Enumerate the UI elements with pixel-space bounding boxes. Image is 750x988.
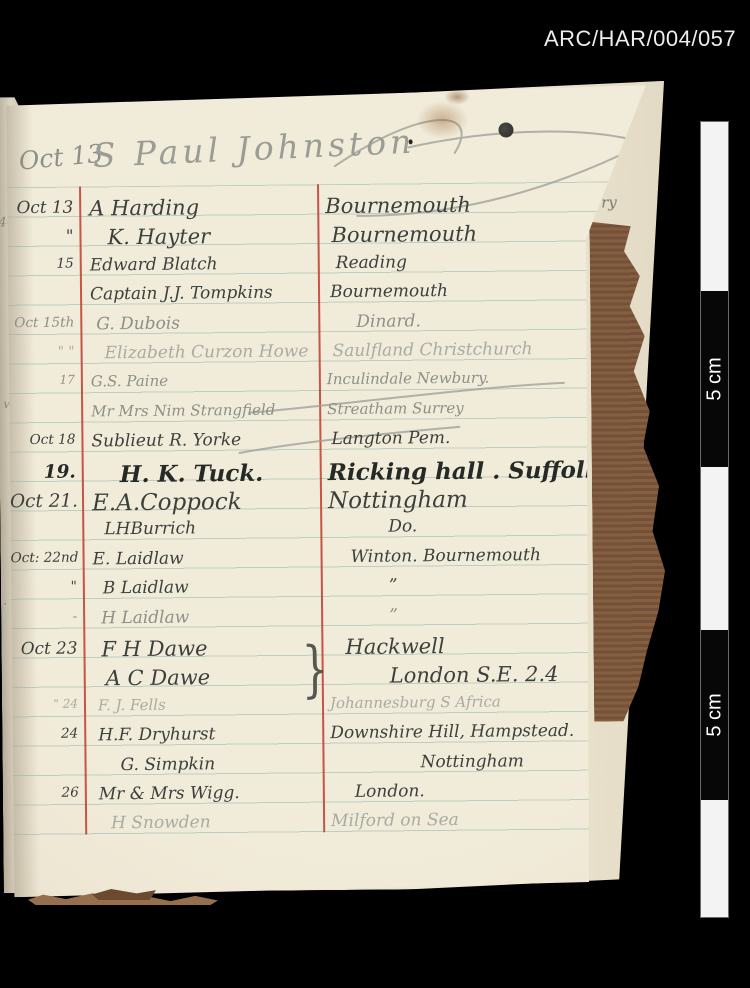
entry-place: London S.E. 2.4 xyxy=(390,662,559,688)
entry-date xyxy=(8,285,74,286)
entry-date: " " xyxy=(9,344,75,361)
entry-date: - xyxy=(11,608,77,625)
entry-date: 19. xyxy=(10,461,76,483)
entry-date xyxy=(12,667,78,668)
scale-segment-black: 5 cm xyxy=(701,291,728,467)
entry-place: Inculindale Newbury. xyxy=(327,369,490,389)
visitor-book-page: Oct 13 S Paul Johnston Oct 13A HardingBo… xyxy=(4,85,657,897)
entry-place: Do. xyxy=(388,517,417,537)
entry-date: Oct: 22nd xyxy=(11,549,77,566)
entry-name: H Laidlaw xyxy=(101,607,189,628)
entry-date: " 24 xyxy=(12,696,78,711)
entry-date: 17 xyxy=(9,373,75,388)
entry-place: Bournemouth xyxy=(330,281,448,302)
scale-bar: 5 cm5 cm xyxy=(701,122,728,917)
entry-place: Bournemouth xyxy=(325,193,471,218)
entry-place: Bournemouth xyxy=(331,222,477,247)
entry-place: Hackwell xyxy=(345,634,444,659)
entry-name: K. Hayter xyxy=(107,225,210,250)
entry-row: H SnowdenMilford on Sea xyxy=(11,808,656,844)
entry-name: H.F. Dryhurst xyxy=(98,724,215,745)
entry-name: A Harding xyxy=(89,195,199,220)
entry-name: B Laidlaw xyxy=(103,578,189,599)
entry-date: 15 xyxy=(8,255,74,272)
entry-date: 26 xyxy=(13,785,79,802)
entry-date: Oct 23 xyxy=(11,638,77,659)
entry-date: " xyxy=(7,226,73,247)
brace-mark: } xyxy=(301,633,328,704)
scale-segment-white xyxy=(701,467,728,630)
book-page-stack: 40.w.· ryrd3dthe)u Oct 13 S Paul Johnsto… xyxy=(0,81,694,912)
entry-place: Dinard. xyxy=(356,311,421,332)
entry-date: Oct 13 xyxy=(7,197,73,218)
entry-place: ” xyxy=(389,605,398,625)
entry-name: Mr Mrs Nim Strangfield xyxy=(91,400,275,420)
entry-name: E. Laidlaw xyxy=(92,548,183,569)
entry-place: Milford on Sea xyxy=(331,810,459,831)
entry-date: Oct 15th xyxy=(8,314,74,331)
entry-date: 24 xyxy=(12,726,78,743)
entry-name: Sublieut R. Yorke xyxy=(91,430,241,451)
entry-date: " xyxy=(11,579,77,596)
scale-segment-white xyxy=(701,122,728,291)
archive-reference: ARC/HAR/004/057 xyxy=(544,26,736,52)
scale-segment-white xyxy=(701,800,728,917)
entries-table: Oct 13A HardingBournemouth"K. HayterBour… xyxy=(4,85,649,91)
entry-place: Nottingham xyxy=(328,487,468,514)
entry-name: A C Dawe xyxy=(106,666,211,691)
entry-date xyxy=(13,814,79,815)
entry-name: LHBurrich xyxy=(104,519,196,540)
entry-name: G.S. Paine xyxy=(91,372,168,391)
entry-place: Johannesburg S Africa xyxy=(330,692,501,712)
edge-writing-fragment: · xyxy=(3,597,7,612)
entry-place: Saulfland Christchurch xyxy=(333,339,533,361)
entry-name: Edward Blatch xyxy=(90,254,218,275)
header-signature: S Paul Johnston xyxy=(92,122,416,175)
entry-name: Mr & Mrs Wigg. xyxy=(99,783,240,804)
entry-name: G. Dubois xyxy=(96,313,180,334)
entry-name: H. K. Tuck. xyxy=(120,459,264,487)
entry-place: Langton Pem. xyxy=(331,428,450,449)
entry-name: G. Simpkin xyxy=(120,754,215,775)
entry-place: Reading xyxy=(336,252,407,273)
entry-date xyxy=(12,755,78,756)
entry-name: H Snowden xyxy=(111,813,211,834)
entry-place: London. xyxy=(355,781,425,802)
entry-name: Captain J.J. Tompkins xyxy=(90,283,273,305)
entry-date: Oct 18 xyxy=(9,432,75,449)
entry-date xyxy=(9,402,75,403)
entry-name: Elizabeth Curzon Howe xyxy=(105,341,309,363)
entry-place: Nottingham xyxy=(420,751,523,772)
entry-place: Streatham Surrey xyxy=(327,399,464,418)
photo-stage: ARC/HAR/004/057 40.w.· ryrd3dthe)u Oct 1… xyxy=(0,0,750,988)
entry-name: F H Dawe xyxy=(101,636,207,661)
entry-date: Oct 21. xyxy=(10,491,76,513)
entry-date xyxy=(10,520,76,521)
entry-place: Ricking hall . Suffolk xyxy=(328,456,601,486)
scale-segment-black: 5 cm xyxy=(701,630,728,800)
entry-name: F. J. Fells xyxy=(98,696,166,715)
entry-place: Winton. Bournemouth xyxy=(350,545,540,567)
scale-label: 5 cm xyxy=(627,366,750,393)
entry-place: ” xyxy=(389,576,398,596)
edge-writing-fragment: ry xyxy=(601,193,617,211)
stain-mark xyxy=(416,101,468,139)
entry-name: E.A.Coppock xyxy=(92,489,242,516)
hole-punch-dot xyxy=(498,122,513,137)
entry-place: Downshire Hill, Hampstead. xyxy=(330,721,574,743)
scale-label: 5 cm xyxy=(630,702,750,729)
ink-speck xyxy=(409,139,413,144)
